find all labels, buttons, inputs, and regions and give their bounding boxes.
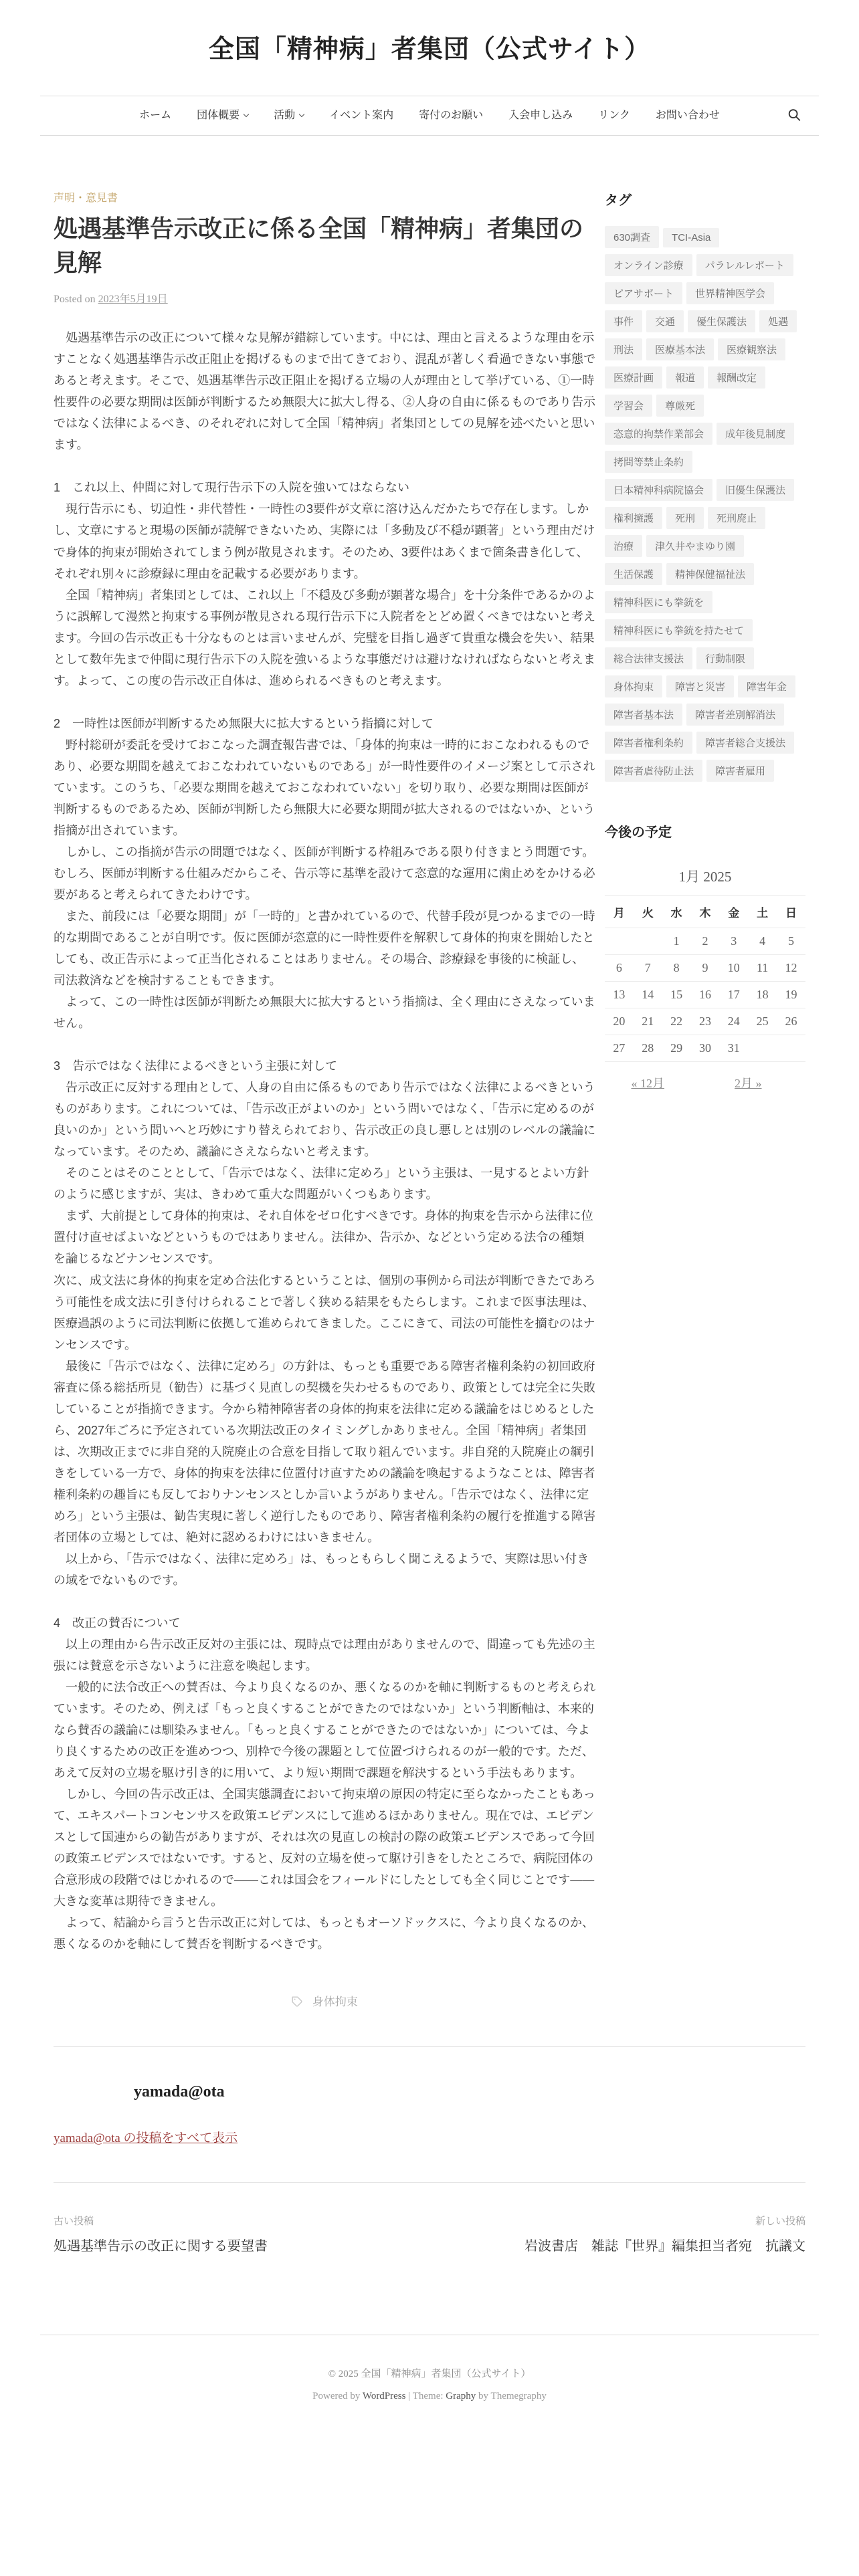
calendar-day: 31 xyxy=(719,1035,748,1062)
article-paragraph: 処遇基準告示の改正について様々な見解が錯綜しています。中には、理由と言えるような… xyxy=(54,327,595,455)
calendar-weekday: 日 xyxy=(777,896,805,928)
page-container: 全国「精神病」者集団（公式サイト） ホーム団体概要活動イベント案内寄付のお願い入… xyxy=(40,0,819,2452)
calendar-weekday-row: 月火水木金土日 xyxy=(605,896,805,928)
article-paragraph: よって、この一時性は医師が判断ため無限大に拡大するという指摘は、全く理由にさえな… xyxy=(54,991,595,1034)
article-paragraph: 以上の理由から告示改正反対の主張には、現時点では理由がありませんので、間違っても… xyxy=(54,1634,595,1677)
tag-pill[interactable]: 障害者差別解消法 xyxy=(686,704,784,726)
calendar-weekday: 水 xyxy=(662,896,691,928)
post-date-link[interactable]: 2023年5月19日 xyxy=(98,294,168,305)
events-calendar: 月火水木金土日 12345678910111213141516171819202… xyxy=(605,895,805,1097)
main-navigation: ホーム団体概要活動イベント案内寄付のお願い入会申し込みリンクお問い合わせ xyxy=(40,96,819,136)
calendar-weekday: 金 xyxy=(719,896,748,928)
posted-on: Posted on 2023年5月19日 xyxy=(54,290,595,306)
tag-pill[interactable]: 精神科医にも拳銃を xyxy=(605,591,712,613)
calendar-day: 27 xyxy=(605,1035,634,1062)
tag-cloud: 630調査TCI-Asiaオンライン診療パラレルレポートピアサポート世界精神医学… xyxy=(605,226,805,788)
tag-pill[interactable]: TCI-Asia xyxy=(663,228,719,247)
graphy-theme-link[interactable]: Graphy xyxy=(446,2391,476,2401)
calendar-day: 21 xyxy=(634,1008,662,1035)
article-paragraph: 次に、成文法に身体的拘束を定め合法化するということは、個別の事例から司法が判断で… xyxy=(54,1270,595,1356)
post-nav-older: 古い投稿 処遇基準告示の改正に関する要望書 xyxy=(54,2214,268,2257)
calendar-day: 23 xyxy=(691,1008,720,1035)
calendar-prev-link[interactable]: « 12月 xyxy=(632,1077,665,1090)
article-paragraph: 現行告示にも、切迫性・非代替性・一時性の3要件が文章に溶け込んだかたちで存在しま… xyxy=(54,498,595,584)
tag-pill[interactable]: 行動制限 xyxy=(696,647,754,669)
tag-pill[interactable]: 身体拘束 xyxy=(605,675,662,697)
calendar-day: 14 xyxy=(634,982,662,1008)
nav-item[interactable]: 寄付のお願い xyxy=(419,96,483,135)
tag-pill[interactable]: 障害者基本法 xyxy=(605,704,682,726)
themegraphy-text: Themegraphy xyxy=(491,2391,547,2401)
calendar-day: 19 xyxy=(777,982,805,1008)
tag-pill[interactable]: 世界精神医学会 xyxy=(686,282,774,304)
article-paragraph: 告示改正に反対する理由として、人身の自由に係るものであり告示ではなく法律によるべ… xyxy=(54,1077,595,1162)
nav-item[interactable]: 団体概要 xyxy=(197,96,248,135)
nav-item-container: お問い合わせ xyxy=(656,96,720,135)
tag-pill[interactable]: 死刑廃止 xyxy=(708,507,765,529)
site-header: 全国「精神病」者集団（公式サイト） xyxy=(40,0,819,96)
copyright: © 2025 全国「精神病」者集団（公式サイト） xyxy=(40,2366,819,2380)
nav-list: ホーム団体概要活動イベント案内寄付のお願い入会申し込みリンクお問い合わせ xyxy=(139,96,720,135)
newer-post-label: 新しい投稿 xyxy=(524,2214,805,2228)
theme-label: Theme: xyxy=(413,2391,446,2401)
calendar-day: 4 xyxy=(748,928,777,955)
tag-pill[interactable]: 拷問等禁止条約 xyxy=(605,451,692,473)
calendar-day: 15 xyxy=(662,982,691,1008)
calendar-week-row: 6789101112 xyxy=(605,955,805,982)
nav-item[interactable]: リンク xyxy=(598,96,630,135)
category-link[interactable]: 声明・意見書 xyxy=(54,193,118,204)
article-tag-footer: 身体拘束 xyxy=(54,1992,595,2009)
tag-icon xyxy=(291,1996,312,2008)
post-navigation: 古い投稿 処遇基準告示の改正に関する要望書 新しい投稿 岩波書店 雑誌『世界』編… xyxy=(40,2183,819,2257)
sidebar: タグ 630調査TCI-Asiaオンライン診療パラレルレポートピアサポート世界精… xyxy=(605,189,805,2009)
calendar-week-row: 13141516171819 xyxy=(605,982,805,1008)
tag-pill[interactable]: 治療 xyxy=(605,535,642,557)
tag-pill[interactable]: 報酬改定 xyxy=(708,366,765,389)
tag-pill[interactable]: 権利擁護 xyxy=(605,507,662,529)
calendar-day: 11 xyxy=(748,955,777,982)
tag-pill[interactable]: 恣意的拘禁作業部会 xyxy=(605,423,712,445)
calendar-week-row: 12345 xyxy=(605,928,805,955)
calendar-day: 9 xyxy=(691,955,720,982)
tag-pill[interactable]: 障害者雇用 xyxy=(706,760,774,782)
article-paragraph: しかし、この指摘が告示の問題ではなく、医師が判断する枠組みである限り付きまとう問… xyxy=(54,841,595,905)
post-nav-newer: 新しい投稿 岩波書店 雑誌『世界』編集担当者宛 抗議文 xyxy=(524,2214,805,2257)
calendar-weekday: 月 xyxy=(605,896,634,928)
article-paragraph: 全国「精神病」者集団としては、これ以上「不穏及び多動が顕著な場合」を十分条件であ… xyxy=(54,584,595,691)
author-section: yamada@ota yamada@ota の投稿をすべて表示 xyxy=(40,2047,819,2155)
tag-pill[interactable]: 処遇 xyxy=(759,310,797,332)
calendar-day: 8 xyxy=(662,955,691,982)
nav-item-container: 活動 xyxy=(274,96,304,135)
tag-pill[interactable]: 尊厳死 xyxy=(656,395,704,417)
nav-item[interactable]: お問い合わせ xyxy=(656,96,720,135)
nav-item-container: 入会申し込み xyxy=(508,96,573,135)
author-all-posts-link[interactable]: yamada@ota の投稿をすべて表示 xyxy=(54,2131,237,2145)
tag-pill[interactable]: 交通 xyxy=(646,310,684,332)
calendar-day: 3 xyxy=(719,928,748,955)
calendar-day: 18 xyxy=(748,982,777,1008)
wordpress-link[interactable]: WordPress xyxy=(363,2391,406,2401)
article-paragraph: 以上から、「告示ではなく、法律に定めろ」は、もっともらしく聞こえるようで、実際は… xyxy=(54,1548,595,1591)
chevron-down-icon xyxy=(299,112,304,117)
tag-pill[interactable]: 医療観察法 xyxy=(718,338,785,360)
tag-pill[interactable]: 生活保護 xyxy=(605,563,662,585)
tag-pill[interactable]: ピアサポート xyxy=(605,282,682,304)
calendar-day: 7 xyxy=(634,955,662,982)
article-paragraph: 一般的に法令改正への賛否は、今より良くなるのか、悪くなるのかを軸に判断するものと… xyxy=(54,1677,595,1784)
tags-widget-title: タグ xyxy=(605,189,805,209)
calendar-day: 6 xyxy=(605,955,634,982)
article-paragraph: しかし、今回の告示改正は、全国実態調査において拘束増の原因の特定に至らなかったこ… xyxy=(54,1784,595,1912)
footer-credit: Powered by WordPress | Theme: Graphy by … xyxy=(40,2391,819,2402)
article-section-heading: 3 告示ではなく法律によるべきという主張に対して xyxy=(54,1055,595,1077)
article-section-heading: 4 改正の賛否について xyxy=(54,1612,595,1634)
calendar-day: 25 xyxy=(748,1008,777,1035)
nav-item-container: リンク xyxy=(598,96,630,135)
post-title: 処遇基準告示改正に係る全国「精神病」者集団の見解 xyxy=(54,211,595,280)
calendar-day: 13 xyxy=(605,982,634,1008)
site-title: 全国「精神病」者集団（公式サイト） xyxy=(40,28,819,65)
content-area: 声明・意見書 処遇基準告示改正に係る全国「精神病」者集団の見解 Posted o… xyxy=(40,136,819,2009)
tag-pill[interactable]: 日本精神科病院協会 xyxy=(605,479,712,501)
article: 声明・意見書 処遇基準告示改正に係る全国「精神病」者集団の見解 Posted o… xyxy=(54,189,595,2009)
tag-pill[interactable]: 障害者総合支援法 xyxy=(696,732,794,754)
posted-label: Posted on xyxy=(54,294,98,305)
tag-pill[interactable]: パラレルレポート xyxy=(696,254,793,276)
tags-widget: タグ 630調査TCI-Asiaオンライン診療パラレルレポートピアサポート世界精… xyxy=(605,189,805,788)
calendar-day: 10 xyxy=(719,955,748,982)
calendar-day xyxy=(634,928,662,955)
tag-pill[interactable]: 総合法律支援法 xyxy=(605,647,692,669)
calendar-week-row: 20212223242526 xyxy=(605,1008,805,1035)
older-post-link[interactable]: 処遇基準告示の改正に関する要望書 xyxy=(54,2239,268,2254)
older-post-label: 古い投稿 xyxy=(54,2214,268,2228)
events-widget-title: 今後の予定 xyxy=(605,821,805,841)
credit-separator: | xyxy=(405,2391,412,2401)
article-paragraph: また、前段には「必要な期間」が「一時的」と書かれているので、代替手段が見つかるま… xyxy=(54,905,595,991)
nav-item-container: ホーム xyxy=(139,96,171,135)
calendar-day: 30 xyxy=(691,1035,720,1062)
article-paragraph: よって、結論から言うと告示改正に対しては、もっともオーソドックスに、今より良くな… xyxy=(54,1912,595,1955)
tag-pill[interactable]: 障害者権利条約 xyxy=(605,732,692,754)
site-title-link[interactable]: 全国「精神病」者集団（公式サイト） xyxy=(209,35,650,64)
nav-item-container: 団体概要 xyxy=(197,96,248,135)
powered-by-text: Powered by xyxy=(312,2391,363,2401)
search-button[interactable] xyxy=(784,105,804,127)
calendar-caption: 1月 2025 xyxy=(605,858,805,895)
tag-pill[interactable]: 旧優生保護法 xyxy=(717,479,794,501)
tag-pill[interactable]: 障害年金 xyxy=(738,675,795,697)
newer-post-link[interactable]: 岩波書店 雑誌『世界』編集担当者宛 抗議文 xyxy=(524,2239,805,2254)
tag-pill[interactable]: 報道 xyxy=(666,366,704,389)
calendar-nav-row: « 12月 2月 » xyxy=(605,1062,805,1098)
tag-pill[interactable]: 精神科医にも拳銃を持たせて xyxy=(605,619,753,641)
calendar-prev-cell: « 12月 xyxy=(605,1062,691,1098)
calendar-day: 16 xyxy=(691,982,720,1008)
calendar-next-cell: 2月 » xyxy=(691,1062,805,1098)
tag-pill[interactable]: 成年後見制度 xyxy=(717,423,794,445)
nav-item-container: 寄付のお願い xyxy=(419,96,483,135)
calendar-weekday: 火 xyxy=(634,896,662,928)
tag-pill[interactable]: 障害と災害 xyxy=(666,675,734,697)
tag-pill[interactable]: 障害者虐待防止法 xyxy=(605,760,702,782)
author-name: yamada@ota xyxy=(134,2083,805,2101)
article-paragraph: そのことはそのこととして、「告示ではなく、法律に定めろ」という主張は、一見すると… xyxy=(54,1162,595,1205)
site-footer: © 2025 全国「精神病」者集団（公式サイト） Powered by Word… xyxy=(40,2335,819,2452)
calendar-day xyxy=(605,928,634,955)
tag-pill[interactable]: 学習会 xyxy=(605,395,652,417)
calendar-next-link[interactable]: 2月 » xyxy=(735,1077,762,1090)
calendar-day: 17 xyxy=(719,982,748,1008)
article-section-heading: 1 これ以上、仲間に対して現行告示下の入院を強いてはならない xyxy=(54,477,595,498)
tag-pill[interactable]: 津久井やまゆり園 xyxy=(646,535,744,557)
article-paragraph: 野村総研が委託を受けておこなった調査報告書では、「身体的拘束は一時的におこなわれ… xyxy=(54,734,595,841)
tag-pill[interactable]: 医療基本法 xyxy=(646,338,714,360)
by-text: by xyxy=(476,2391,490,2401)
events-widget: 今後の予定 1月 2025 月火水木金土日 123456789101112131… xyxy=(605,821,805,1097)
tag-pill[interactable]: 精神保健福祉法 xyxy=(666,563,754,585)
tag-pill[interactable]: 医療計画 xyxy=(605,366,662,389)
tag-pill[interactable]: 刑法 xyxy=(605,338,642,360)
tag-link[interactable]: 身体拘束 xyxy=(312,1996,358,2008)
article-paragraph: 最後に「告示ではなく、法律に定めろ」の方針は、もっとも重要である障害者権利条約の… xyxy=(54,1356,595,1548)
article-body: 処遇基準告示の改正について様々な見解が錯綜しています。中には、理由と言えるような… xyxy=(54,327,595,1955)
chevron-down-icon xyxy=(244,112,249,117)
calendar-day xyxy=(748,1035,777,1062)
main-column: 声明・意見書 処遇基準告示改正に係る全国「精神病」者集団の見解 Posted o… xyxy=(54,189,595,2009)
calendar-day: 2 xyxy=(691,928,720,955)
nav-item[interactable]: 活動 xyxy=(274,96,304,135)
article-paragraph: まず、大前提として身体的拘束は、それ自体をゼロ化すべきです。身体的拘束を告示から… xyxy=(54,1205,595,1269)
nav-item[interactable]: イベント案内 xyxy=(329,96,393,135)
article-section-heading: 2 一時性は医師が判断するため無限大に拡大するという指摘に対して xyxy=(54,713,595,734)
calendar-day: 22 xyxy=(662,1008,691,1035)
calendar-day: 28 xyxy=(634,1035,662,1062)
calendar-day: 1 xyxy=(662,928,691,955)
calendar-day: 26 xyxy=(777,1008,805,1035)
calendar-weekday: 土 xyxy=(748,896,777,928)
calendar-day xyxy=(777,1035,805,1062)
calendar-day: 24 xyxy=(719,1008,748,1035)
search-icon xyxy=(787,114,801,124)
calendar-day: 5 xyxy=(777,928,805,955)
nav-item-container: イベント案内 xyxy=(329,96,393,135)
calendar-week-row: 2728293031 xyxy=(605,1035,805,1062)
nav-item[interactable]: ホーム xyxy=(139,96,171,135)
calendar-day: 20 xyxy=(605,1008,634,1035)
calendar-day: 29 xyxy=(662,1035,691,1062)
tag-pill[interactable]: 630調査 xyxy=(605,226,659,248)
tag-pill[interactable]: 死刑 xyxy=(666,507,704,529)
tag-pill[interactable]: 事件 xyxy=(605,310,642,332)
tag-pill[interactable]: 優生保護法 xyxy=(688,310,755,332)
calendar-weekday: 木 xyxy=(691,896,720,928)
tag-pill[interactable]: オンライン診療 xyxy=(605,254,692,276)
calendar-day: 12 xyxy=(777,955,805,982)
nav-item[interactable]: 入会申し込み xyxy=(508,96,573,135)
